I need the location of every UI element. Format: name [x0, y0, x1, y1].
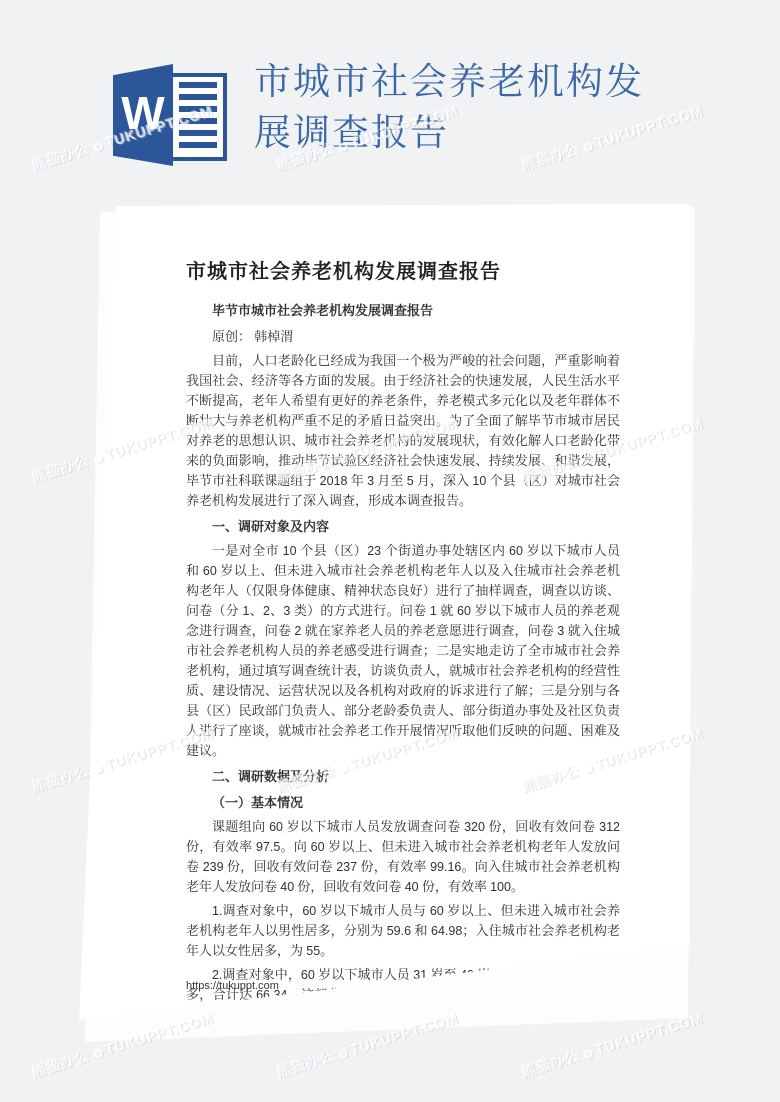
site-link[interactable]: https://tukuppt.com	[186, 976, 279, 996]
header: W 市城市社会养老机构发展调查报告	[0, 0, 780, 205]
word-icon-cover: W	[113, 64, 173, 166]
panda-logo-icon	[337, 1048, 348, 1059]
doc-heading: 二、调研数据及分析	[186, 767, 620, 787]
doc-title: 市城市社会养老机构发展调查报告	[186, 258, 620, 286]
doc-heading: （一）基本情况	[186, 793, 620, 813]
panda-logo-icon	[582, 1048, 593, 1059]
word-icon: W	[113, 64, 227, 168]
word-icon-text-lines	[179, 82, 217, 152]
doc-byline: 原创： 韩棹渭	[186, 327, 620, 347]
template-preview-page: { "header": { "icon": "word-icon", "icon…	[0, 0, 780, 1102]
doc-para: 目前，人口老龄化已经成为我国一个极为严峻的社会问题，严重影响着我国社会、经济等各…	[186, 351, 620, 511]
doc-para: 一是对全市 10 个县（区）23 个街道办事处辖区内 60 岁以下城市人员和 6…	[186, 541, 620, 761]
document-body: 市城市社会养老机构发展调查报告 毕节市城市社会养老机构发展调查报告原创： 韩棹渭…	[78, 204, 690, 1046]
doc-heading: 一、调研对象及内容	[186, 517, 620, 537]
page-title: 市城市社会养老机构发展调查报告	[254, 56, 672, 158]
word-icon-letter: W	[121, 90, 164, 136]
doc-para: 1.调查对象中，60 岁以下城市人员与 60 岁以上、但未进入城市社会养老机构老…	[186, 901, 620, 961]
document-page: 市城市社会养老机构发展调查报告 毕节市城市社会养老机构发展调查报告原创： 韩棹渭…	[78, 204, 690, 1046]
word-icon-document	[169, 73, 227, 161]
doc-blocks: 毕节市城市社会养老机构发展调查报告原创： 韩棹渭目前，人口老龄化已经成为我国一个…	[186, 301, 620, 1045]
doc-para: 课题组向 60 岁以下城市人员发放调查问卷 320 份，回收有效问卷 312 份…	[186, 817, 620, 897]
doc-subtitle: 毕节市城市社会养老机构发展调查报告	[186, 301, 620, 321]
panda-logo-icon	[92, 1048, 103, 1059]
